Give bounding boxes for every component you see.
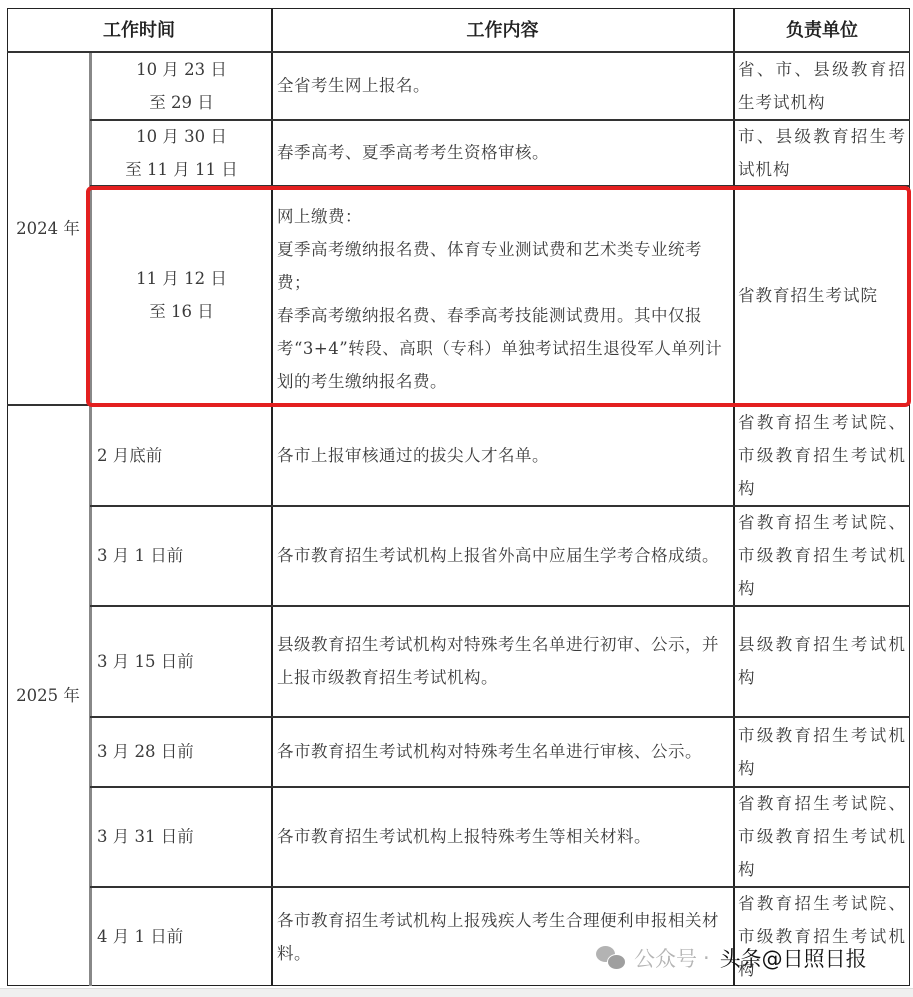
unit-text: 市级教育招生考试机构 [738,719,906,785]
date-cell: 4 月 1 日前 [92,887,271,986]
unit-cell: 省教育招生考试院、市级教育招生考试机构 [734,405,910,505]
date-cell: 11 月 12 日 至 16 日 [92,186,271,404]
content-cell: 各市教育招生考试机构上报省外高中应届生学考合格成绩。 [272,506,733,605]
bottom-strip [0,988,913,997]
date-cell: 10 月 30 日 至 11 月 11 日 [92,120,271,185]
unit-text: 省教育招生考试院、市级教育招生考试机构 [738,506,906,605]
date-text: 4 月 1 日前 [97,920,183,953]
date-line: 10 月 30 日 [125,120,237,153]
date-cell: 3 月 31 日前 [92,787,271,886]
year-label: 2025 年 [16,679,80,712]
date-cell: 3 月 15 日前 [92,606,271,716]
date-text: 3 月 31 日前 [97,820,194,853]
content-text: 春季高考、夏季高考考生资格审核。 [277,136,549,169]
content-text: 各市教育招生考试机构上报特殊考生等相关材料。 [277,820,651,853]
content-text: 各市上报审核通过的拔尖人才名单。 [277,439,549,472]
unit-text: 县级教育招生考试机构 [738,628,906,694]
unit-cell: 省、市、县级教育招生考试机构 [734,52,910,119]
content-cell: 各市上报审核通过的拔尖人才名单。 [272,405,733,505]
content-cell: 全省考生网上报名。 [272,52,733,119]
header-label: 负责单位 [786,14,858,47]
content-text: 各市教育招生考试机构对特殊考生名单进行审核、公示。 [277,735,702,768]
unit-cell: 县级教育招生考试机构 [734,606,910,716]
wechat-icon [596,946,626,970]
date-text: 3 月 15 日前 [97,645,194,678]
content-text: 全省考生网上报名。 [277,69,430,102]
unit-text: 省教育招生考试院、市级教育招生考试机构 [738,406,906,505]
date-text: 3 月 1 日前 [97,539,183,572]
content-line: 网上缴费： [277,200,729,233]
year-cell-2025: 2025 年 [7,405,89,986]
date-text: 3 月 28 日前 [97,735,194,768]
date-text: 11 月 12 日 至 16 日 [136,262,227,328]
content-cell: 网上缴费： 夏季高考缴纳报名费、体育专业测试费和艺术类专业统考费； 春季高考缴纳… [272,186,733,404]
year-label: 2024 年 [16,212,80,245]
header-work-content: 工作内容 [272,8,733,52]
date-line: 至 16 日 [136,295,227,328]
unit-cell: 省教育招生考试院、市级教育招生考试机构 [734,787,910,886]
date-line: 11 月 12 日 [136,262,227,295]
date-text: 2 月底前 [97,439,162,472]
content-text: 各市教育招生考试机构上报省外高中应届生学考合格成绩。 [277,539,719,572]
content-cell: 县级教育招生考试机构对特殊考生名单进行初审、公示，并上报市级教育招生考试机构。 [272,606,733,716]
year-cell-2024: 2024 年 [7,52,89,404]
unit-text: 省教育招生考试院、市级教育招生考试机构 [738,787,906,886]
header-label: 工作内容 [467,14,539,47]
header-work-time: 工作时间 [7,8,271,52]
watermark-separator: · [703,946,710,970]
content-cell: 春季高考、夏季高考考生资格审核。 [272,120,733,185]
content-text: 网上缴费： 夏季高考缴纳报名费、体育专业测试费和艺术类专业统考费； 春季高考缴纳… [277,200,729,398]
unit-cell: 省教育招生考试院、市级教育招生考试机构 [734,506,910,605]
unit-cell: 省教育招生考试院 [734,186,910,404]
content-text: 县级教育招生考试机构对特殊考生名单进行初审、公示，并上报市级教育招生考试机构。 [277,628,729,694]
date-line: 10 月 23 日 [136,53,227,86]
unit-cell: 市、县级教育招生考试机构 [734,120,910,185]
date-cell: 10 月 23 日 至 29 日 [92,52,271,119]
watermark-author: 头条@日照日报 [720,943,867,973]
date-line: 至 29 日 [136,86,227,119]
unit-cell: 市级教育招生考试机构 [734,717,910,786]
unit-text: 省教育招生考试院 [738,279,878,312]
date-line: 至 11 月 11 日 [125,153,237,186]
watermark-source: 公众号 [634,943,697,973]
date-text: 10 月 30 日 至 11 月 11 日 [125,120,237,186]
content-cell: 各市教育招生考试机构上报特殊考生等相关材料。 [272,787,733,886]
date-cell: 2 月底前 [92,405,271,505]
header-responsible-unit: 负责单位 [734,8,910,52]
content-line: 春季高考缴纳报名费、春季高考技能测试费用。其中仅报考“3+4”转段、高职（专科）… [277,299,729,398]
unit-text: 省、市、县级教育招生考试机构 [738,53,906,119]
date-cell: 3 月 28 日前 [92,717,271,786]
header-label: 工作时间 [103,14,175,47]
content-cell: 各市教育招生考试机构对特殊考生名单进行审核、公示。 [272,717,733,786]
content-line: 夏季高考缴纳报名费、体育专业测试费和艺术类专业统考费； [277,233,729,299]
date-cell: 3 月 1 日前 [92,506,271,605]
unit-text: 市、县级教育招生考试机构 [738,120,906,186]
date-text: 10 月 23 日 至 29 日 [136,53,227,119]
watermark: 公众号 · 头条@日照日报 [596,943,867,973]
